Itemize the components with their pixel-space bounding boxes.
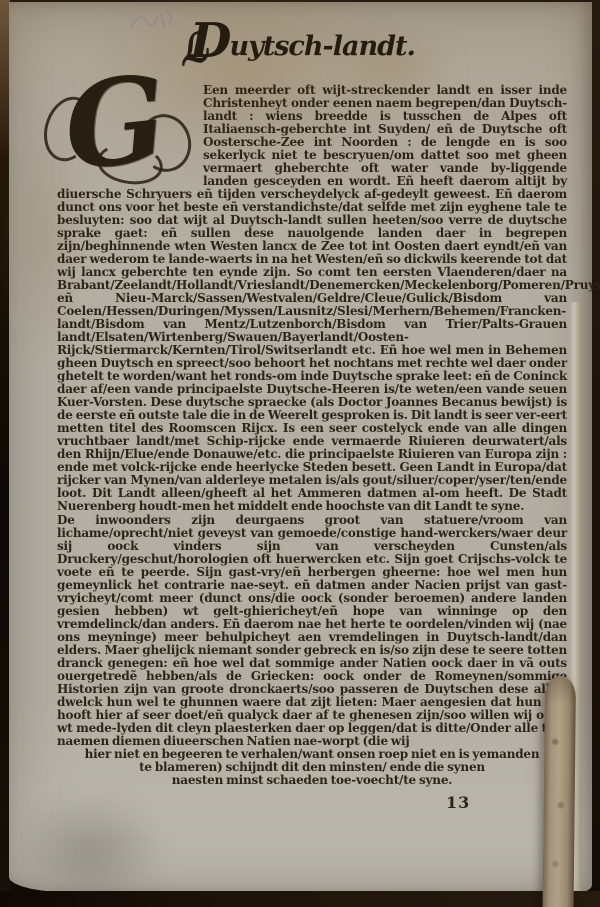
handwritten-mark-icon [127,8,179,38]
bone-stick-page-weight [543,676,576,907]
book-bottom-shadow [0,891,600,907]
paragraph-2: De inwoonders zijn deurgaens groot van s… [57,514,567,748]
drop-cap-letter: G [60,63,172,183]
page-number: 13 [446,793,470,812]
drop-cap-initial: G [43,86,195,183]
closing-line: naesten minst schaeden toe-voecht/te syn… [57,774,567,787]
closing-lines: hier niet en begeeren te verhalen/want o… [57,748,567,787]
title-text: uytsch-landt. [229,31,414,62]
page-title: ℒDuytsch-landt. [177,20,415,67]
body-text-column: G Een meerder oft wijt-streckender landt… [57,84,567,787]
book-page: ℒDuytsch-landt. G Een meerder oft wijt-s… [9,2,592,893]
book-photo: ℒDuytsch-landt. G Een meerder oft wijt-s… [0,0,600,907]
paragraph-2-text: De inwoonders zijn deurgaens groot van s… [57,513,567,748]
paper-stain [9,792,169,907]
paragraph-1: G Een meerder oft wijt-streckender landt… [57,84,567,513]
